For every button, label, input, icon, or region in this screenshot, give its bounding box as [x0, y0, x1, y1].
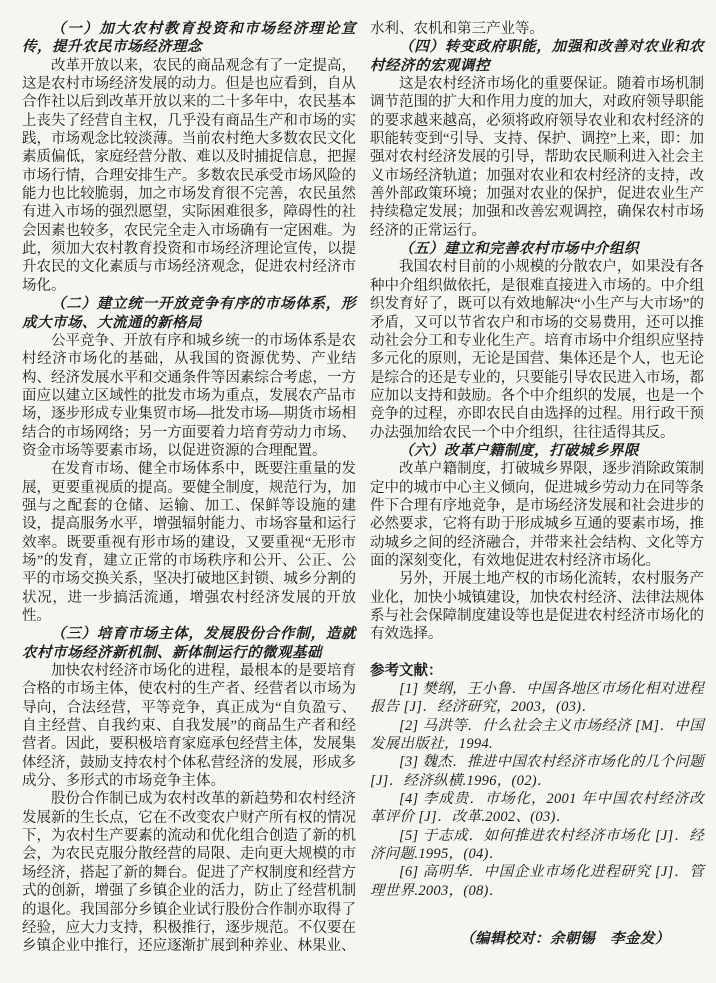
reference-1: [1] 樊纲，王小鲁．中国各地区市场化相对进程报告 [J]．经济研究，2003，…	[370, 680, 704, 717]
reference-3: [3] 魏杰．推进中国农村经济市场化的几个问题 [J]．经济纵横.1996，(0…	[370, 753, 704, 790]
paper-page: （一）加大农村教育投资和市场经济理论宣传，提升农民市场经济理念 改革开放以来，农…	[0, 0, 716, 983]
paragraph-section1-body: 改革开放以来，农民的商品观念有了一定提高，这是农村市场经济发展的动力。但是也应看…	[22, 57, 356, 295]
reference-2: [2] 马洪等．什么社会主义市场经济 [M]．中国发展出版社，1994.	[370, 717, 704, 754]
references-title: 参考文献：	[370, 662, 704, 680]
paragraph-section6-body-1: 改革户籍制度，打破城乡界限，逐步消除政策制定中的城市中心主义倾向，促进城乡劳动力…	[370, 460, 704, 570]
left-column: （一）加大农村教育投资和市场经济理论宣传，提升农民市场经济理念 改革开放以来，农…	[22, 20, 356, 983]
section-heading-1: （一）加大农村教育投资和市场经济理论宣传，提升农民市场经济理念	[22, 20, 356, 57]
paragraph-section2-body-2: 在发育市场、健全市场体系中，既要注重量的发展，更要重视质的提高。要健全制度，规范…	[22, 460, 356, 625]
paragraph-section4-body: 这是农村经济市场化的重要保证。随着市场机制调节范围的扩大和作用力度的加大，对政府…	[370, 75, 704, 240]
paragraph-section6-body-2: 另外，开展土地产权的市场化流转，农村服务产业化，加快小城镇建设，加快农村经济、法…	[370, 570, 704, 643]
paragraph-section2-body-1: 公平竞争、开放有序和城乡统一的市场体系是农村经济市场化的基础，从我国的资源优势、…	[22, 332, 356, 460]
paragraph-section3-body-2: 股份合作制已成为农村改革的新趋势和农村经济发展新的生长点，它在不改变农户财产所有…	[22, 790, 356, 955]
paragraph-section3-continuation: 水利、农机和第三产业等。	[370, 20, 704, 38]
section-heading-4: （四）转变政府职能，加强和改善对农业和农村经济的宏观调控	[370, 38, 704, 75]
reference-6: [6] 高明华．中国企业市场化进程研究 [J]．管理世界.2003，(08)．	[370, 863, 704, 900]
section-heading-6: （六）改革户籍制度，打破城乡界限	[370, 442, 704, 460]
reference-5: [5] 于志成．如何推进农村经济市场化 [J]．经济问题.1995，(04)．	[370, 827, 704, 864]
section-heading-5: （五）建立和完善农村市场中介组织	[370, 240, 704, 258]
paragraph-section3-body-1: 加快农村经济市场化的进程，最根本的是要培育合格的市场主体，使农村的生产者、经营者…	[22, 662, 356, 790]
section-heading-3: （三）培育市场主体，发展股份合作制，造就农村市场经济新机制、新体制运行的微观基础	[22, 625, 356, 662]
editor-proofread-note: （编辑校对：余朝锡 李金发）	[370, 930, 704, 948]
paragraph-section5-body: 我国农村目前的小规模的分散农户，如果没有各种中介组织做依托，是很难直接进入市场的…	[370, 258, 704, 441]
reference-4: [4] 李成贵．市场化，2001 年中国农村经济改革评价 [J]．改革.2002…	[370, 790, 704, 827]
section-heading-2: （二）建立统一开放竞争有序的市场体系，形成大市场、大流通的新格局	[22, 295, 356, 332]
right-column: 水利、农机和第三产业等。 （四）转变政府职能，加强和改善对农业和农村经济的宏观调…	[370, 20, 704, 983]
